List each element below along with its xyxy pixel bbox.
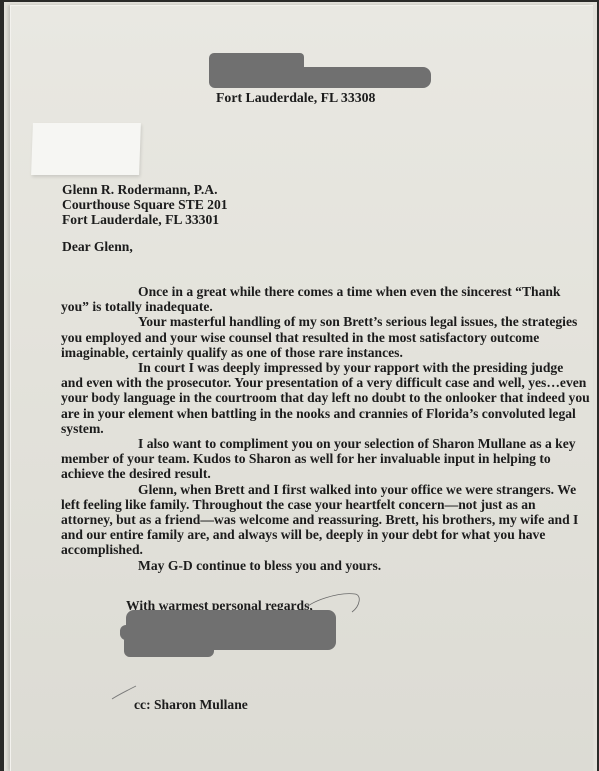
body-line: achieve the desired result.	[61, 466, 591, 481]
body-line: May G-D continue to bless you and yours.	[61, 558, 591, 573]
letter-body: Once in a great while there comes a time…	[61, 284, 591, 573]
body-line: Your masterful handling of my son Brett’…	[61, 314, 591, 329]
letter-page: Fort Lauderdale, FL 33308 Glenn R. Roder…	[10, 5, 593, 771]
cc-line: cc: Sharon Mullane	[134, 697, 248, 712]
body-line: I also want to compliment you on your se…	[61, 436, 591, 451]
body-line: your body language in the courtroom that…	[61, 390, 591, 405]
body-line: and our entire family are, and always wi…	[61, 527, 591, 542]
body-line: In court I was deeply impressed by your …	[61, 360, 591, 375]
body-paragraph: Glenn, when Brett and I first walked int…	[61, 482, 591, 558]
recipient-city: Fort Lauderdale, FL 33301	[62, 212, 228, 227]
body-line: Glenn, when Brett and I first walked int…	[61, 482, 591, 497]
body-line: you employed and your wise counsel that …	[61, 330, 591, 345]
body-line: Once in a great while there comes a time…	[61, 284, 591, 299]
body-line: imaginable, certainly qualify as one of …	[61, 345, 591, 360]
body-line: accomplished.	[61, 542, 591, 557]
recipient-name: Glenn R. Rodermann, P.A.	[62, 182, 228, 197]
body-line: and even with the prosecutor. Your prese…	[61, 375, 591, 390]
recipient-street: Courthouse Square STE 201	[62, 197, 228, 212]
body-paragraph: Once in a great while there comes a time…	[61, 284, 591, 314]
body-paragraph: In court I was deeply impressed by your …	[61, 360, 591, 436]
body-line: left feeling like family. Throughout the…	[61, 497, 591, 512]
body-paragraph: May G-D continue to bless you and yours.	[61, 558, 591, 573]
body-line: member of your team. Kudos to Sharon as …	[61, 451, 591, 466]
body-paragraph: I also want to compliment you on your se…	[61, 436, 591, 482]
greeting: Dear Glenn,	[62, 239, 133, 254]
body-line: system.	[61, 421, 591, 436]
redaction-signature-part	[124, 635, 214, 657]
recipient-address: Glenn R. Rodermann, P.A. Courthouse Squa…	[62, 182, 228, 228]
body-line: are in your element when battling in the…	[61, 406, 591, 421]
body-line: attorney, but as a friend—was welcome an…	[61, 512, 591, 527]
paper-tab-overlay	[31, 123, 141, 175]
redaction-sender-address	[209, 67, 431, 88]
body-paragraph: Your masterful handling of my son Brett’…	[61, 314, 591, 360]
body-line: you” is totally inadequate.	[61, 299, 591, 314]
sender-city-line: Fort Lauderdale, FL 33308	[216, 90, 375, 105]
